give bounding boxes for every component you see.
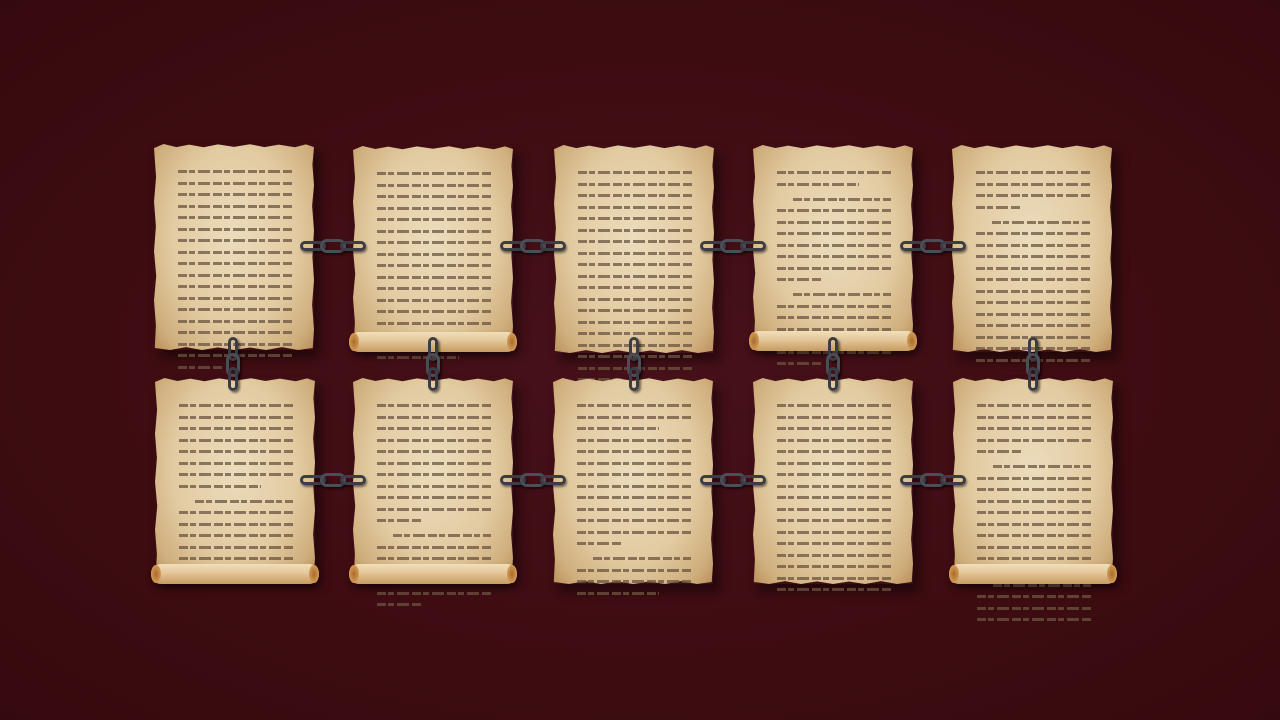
scroll-roll: [151, 564, 319, 584]
scroll-text-lines: [977, 404, 1091, 630]
parchment-scroll-4: [753, 145, 913, 345]
parchment-scroll-2: [353, 146, 513, 346]
chain-icon: [827, 337, 839, 391]
chain-icon: [700, 474, 766, 486]
scroll-text-lines: [577, 404, 691, 603]
scroll-roll: [349, 564, 517, 584]
chain-icon: [900, 240, 966, 252]
chain-icon: [1027, 337, 1039, 391]
chain-icon: [628, 337, 640, 391]
scroll-text-lines: [777, 404, 891, 600]
scroll-chain-illustration: [0, 0, 1280, 720]
chain-icon: [500, 474, 566, 486]
chain-icon: [300, 240, 366, 252]
parchment-scroll-7: [353, 378, 513, 578]
scroll-roll: [949, 564, 1117, 584]
parchment-scroll-3: [554, 145, 714, 353]
chain-icon: [700, 240, 766, 252]
chain-icon: [300, 474, 366, 486]
chain-icon: [427, 337, 439, 391]
chain-icon: [227, 337, 239, 391]
parchment-scroll-10: [953, 378, 1113, 578]
parchment-scroll-1: [154, 144, 314, 350]
parchment-scroll-6: [155, 378, 315, 578]
parchment-scroll-9: [753, 378, 913, 584]
chain-icon: [500, 240, 566, 252]
chain-icon: [900, 474, 966, 486]
parchment-scroll-5: [952, 145, 1112, 352]
parchment-scroll-8: [553, 378, 713, 584]
